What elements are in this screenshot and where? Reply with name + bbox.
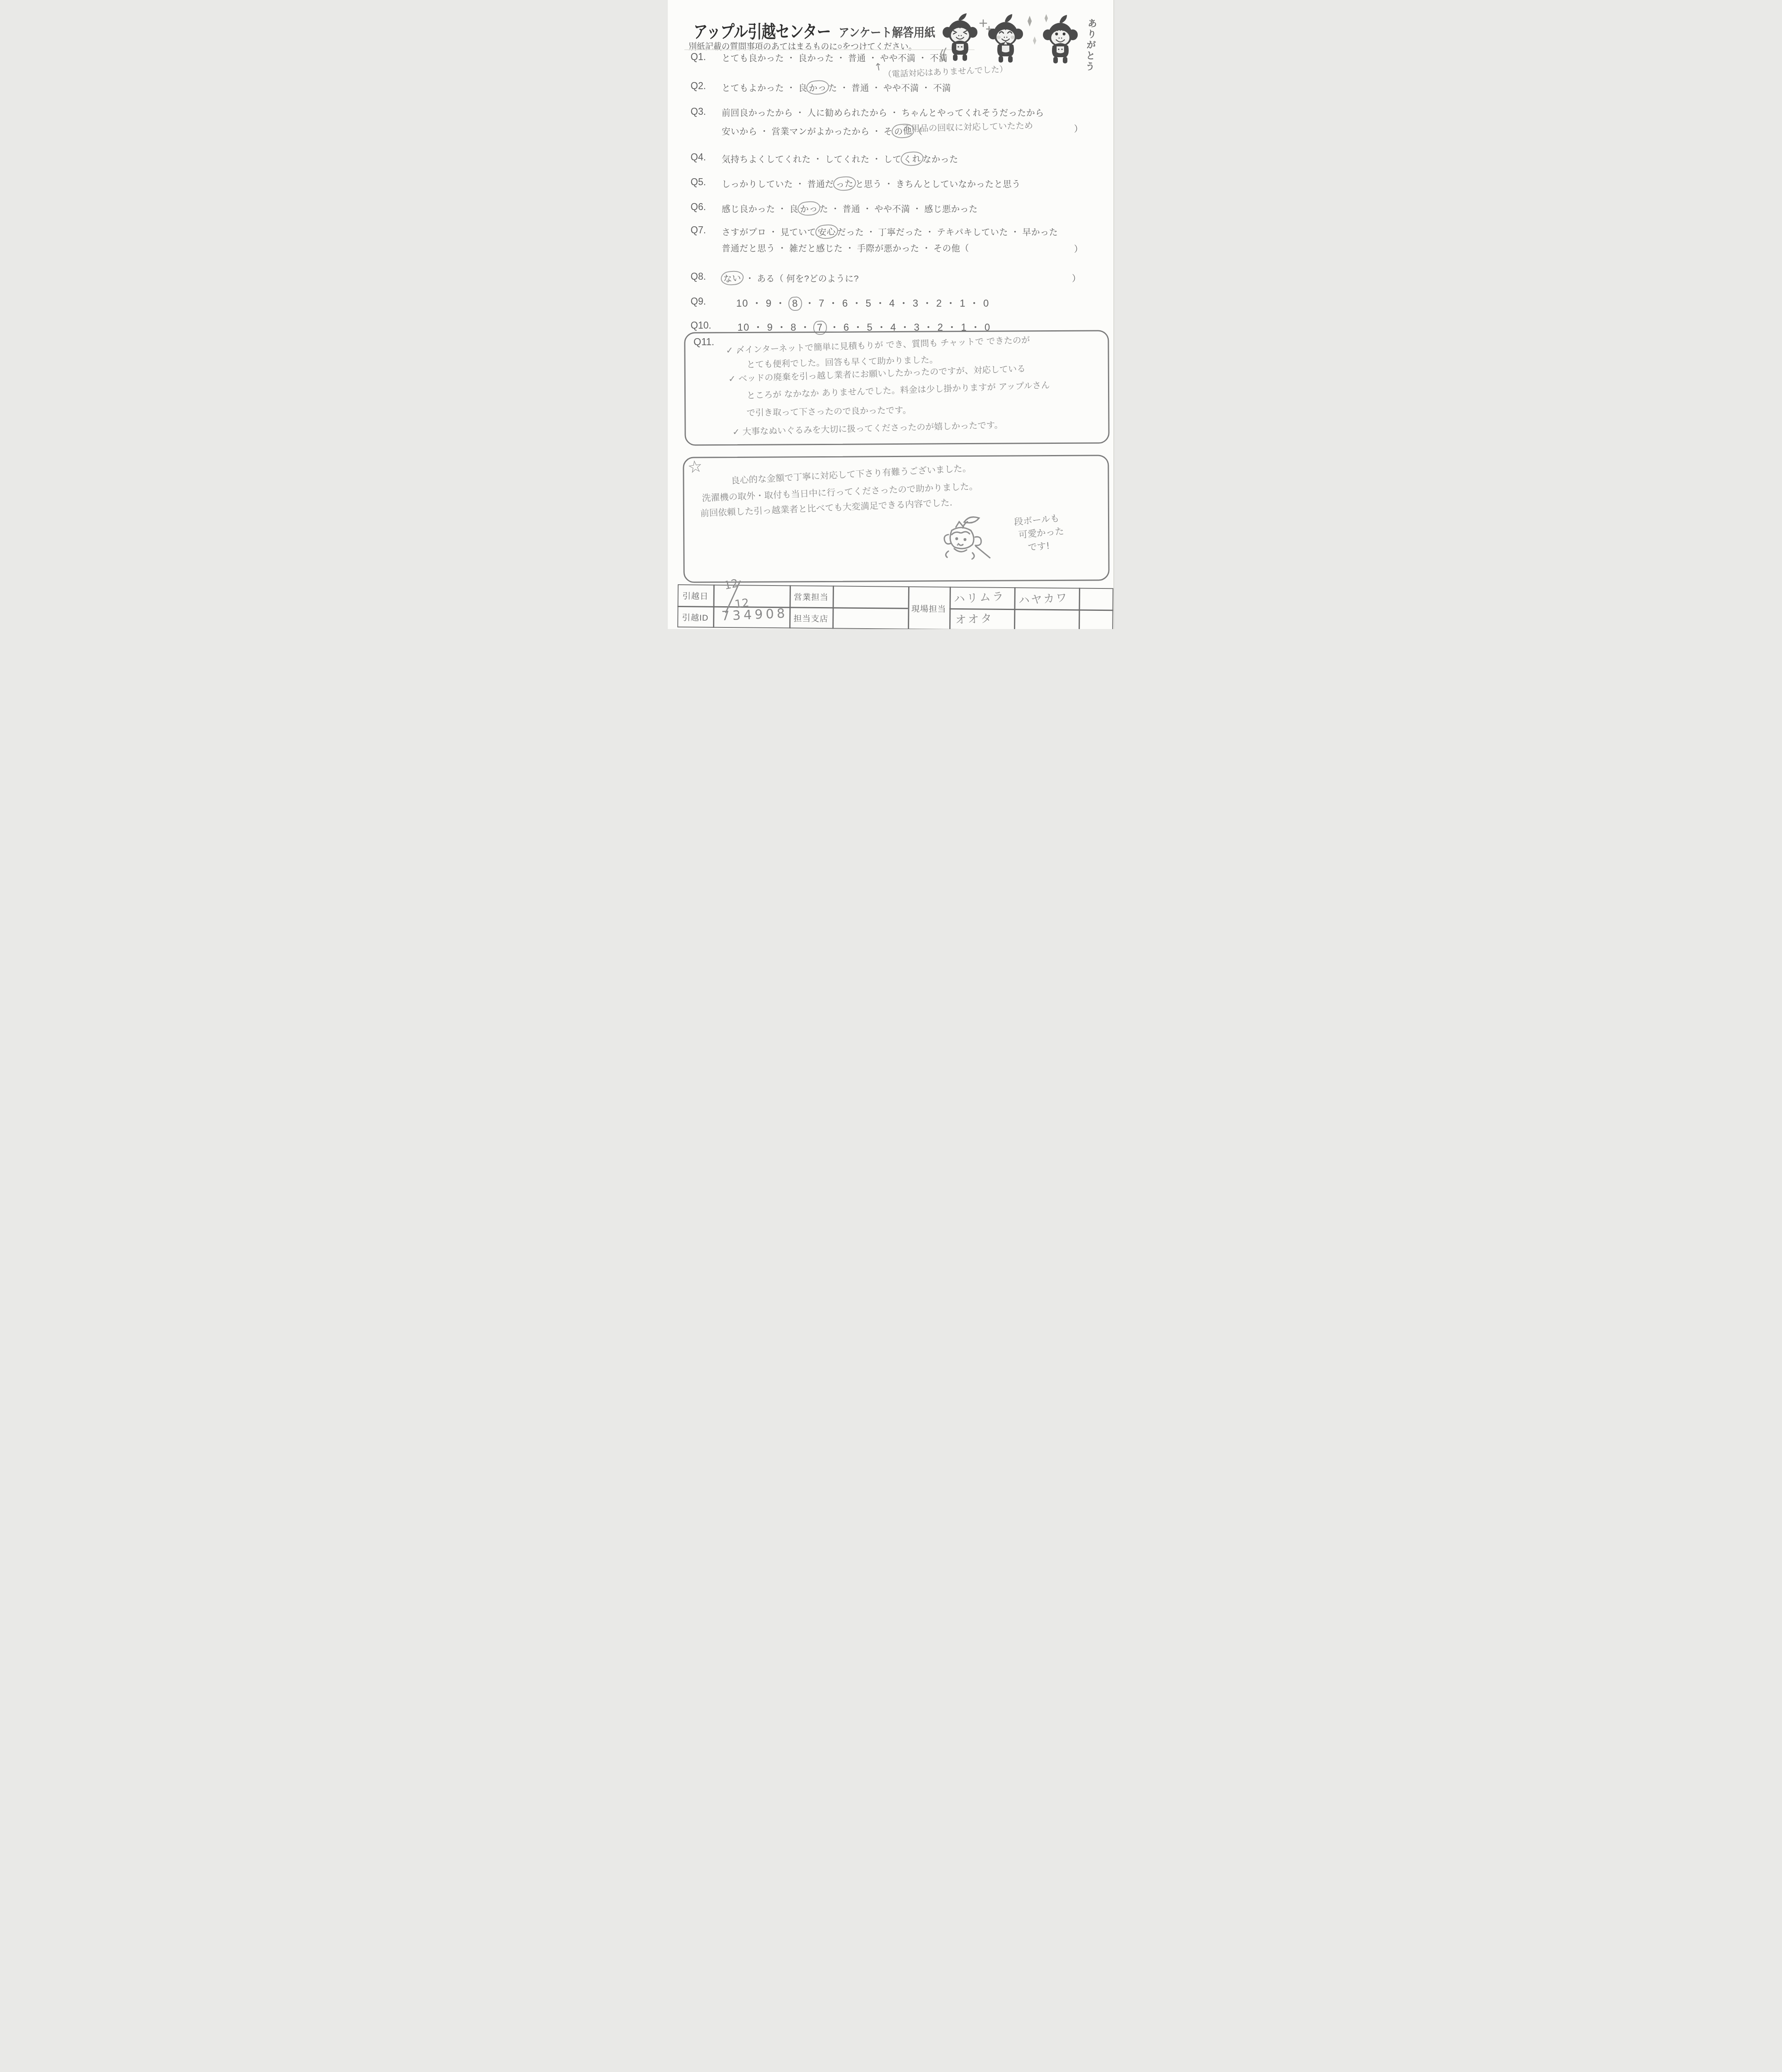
option-segment: 安いから: [722, 127, 757, 136]
option-segment: ・: [887, 108, 902, 118]
q5-options: しっかりしていた ・ 普通だったと思う ・ きちんとしていなかったと思う: [722, 177, 1021, 191]
option-segment: 感じ悪かった: [924, 204, 978, 214]
option-segment: 丁寧だった: [878, 228, 923, 237]
q7-options-line2: 普通だと思う ・ 雑だと感じた ・ 手際が悪かった ・ その他（: [722, 242, 969, 254]
option-segment: ・: [743, 274, 757, 283]
q8-close-paren: ）: [1072, 272, 1081, 284]
q6-options: 感じ良かった ・ 良かった ・ 普通 ・ やや不満 ・ 感じ悪かった: [722, 201, 978, 215]
monkey-1-icon: [943, 13, 977, 61]
option-segment: 1: [960, 298, 966, 309]
option-segment: ・: [919, 83, 933, 93]
option-segment: た: [819, 204, 829, 214]
circled-answer: かっ: [806, 80, 829, 95]
option-segment: ・: [910, 204, 924, 214]
q10-label: Q10.: [691, 320, 711, 331]
option-segment: 営業マンがよかったから: [771, 127, 870, 136]
option-segment: さすがプロ: [722, 228, 766, 237]
option-segment: やや不満: [880, 53, 916, 63]
site-staff-name: オオタ: [955, 609, 994, 627]
option-segment: ・: [784, 53, 798, 63]
option-segment: 4: [889, 298, 895, 309]
option-segment: ・: [849, 298, 866, 309]
option-segment: ・: [793, 179, 807, 189]
option-segment: ・: [872, 298, 889, 309]
option-segment: ちゃんとやってくれそうだったから: [902, 108, 1044, 118]
option-segment: 気持ちよくしてくれた: [722, 155, 811, 164]
q2-label: Q2.: [691, 80, 706, 92]
option-segment: 普通: [842, 204, 860, 214]
monkey-doodle-icon: [939, 513, 1012, 569]
monkey-3-icon: [1043, 15, 1078, 63]
option-segment: ・: [837, 83, 851, 93]
option-segment: 人に勧められたから: [807, 108, 887, 118]
circled-answer: った: [833, 176, 856, 191]
circled-answer: かっ: [797, 201, 821, 216]
doodle-note: 段ボールも 可愛かった です!: [1013, 512, 1066, 556]
star-mark: ☆: [686, 457, 704, 478]
q1-handwritten-note: （電話対応はありませんでした）: [883, 62, 1008, 80]
q2-options: とてもよかった ・ 良かった ・ 普通 ・ やや不満 ・ 不満: [722, 80, 951, 94]
option-segment: ・: [828, 204, 842, 214]
site-staff-name: ハリムラ: [953, 587, 1006, 606]
q5-label: Q5.: [691, 177, 706, 188]
q4-options: 気持ちよくしてくれた ・ してくれた ・ してくれなかった: [722, 152, 958, 166]
sparkle-plus-icon: [980, 20, 992, 31]
monkey-doodle: [939, 513, 1012, 569]
questionnaire-page: アップル引越センター アンケート解答用紙 別紙記載の質問事項のあてはまるものに○…: [668, 0, 1114, 629]
circled-answer: 安心: [815, 224, 839, 240]
q6-label: Q6.: [691, 201, 706, 213]
option-segment: ・: [870, 127, 884, 136]
option-segment: と思う: [855, 179, 882, 189]
option-segment: ・: [860, 204, 874, 214]
branch-label: 担当支店: [789, 607, 832, 629]
site-staff-label: 現場担当: [908, 586, 950, 629]
option-segment: 前回良かったから: [722, 108, 793, 118]
option-segment: ・: [801, 298, 819, 309]
option-segment: 5: [866, 298, 872, 309]
q3-options-line2: 安いから ・ 営業マンがよかったから ・ その他（: [722, 124, 923, 138]
move-date-label: 引越日: [678, 584, 713, 606]
option-segment: 感じ良かった: [722, 204, 775, 214]
sales-staff-label: 営業担当: [790, 585, 833, 607]
option-segment: ・: [942, 298, 960, 309]
option-segment: やや不満: [875, 204, 910, 214]
option-segment: とても良かった: [722, 53, 784, 63]
site-staff-name: ハヤカワ: [1018, 588, 1069, 608]
q1-label: Q1.: [691, 51, 706, 63]
q9-label: Q9.: [691, 296, 706, 307]
option-segment: その他（: [933, 244, 969, 253]
option-segment: ある（ 何を?どのように?: [757, 274, 859, 283]
option-segment: 普通だと思う: [722, 244, 775, 253]
option-segment: なかった: [923, 155, 958, 164]
option-segment: ・: [775, 204, 789, 214]
option-segment: ・: [882, 179, 896, 189]
option-segment: ・: [793, 108, 807, 118]
option-segment: ・: [772, 298, 789, 309]
option-segment: 手際が悪かった: [857, 244, 919, 253]
option-segment: テキパキしていた: [937, 228, 1008, 237]
circled-answer: ない: [720, 270, 744, 286]
option-segment: きちんとしていなかったと思う: [896, 179, 1021, 189]
option-segment: 普通: [851, 83, 869, 93]
option-segment: 2: [936, 298, 942, 309]
instruction-text: 別紙記載の質問事項のあてはまるものに○をつけてください。: [689, 40, 917, 52]
option-segment: とてもよかった: [722, 83, 784, 93]
option-segment: だった: [837, 228, 864, 237]
page-subtitle: アンケート解答用紙: [839, 24, 935, 41]
move-id-value: 734908: [721, 606, 788, 624]
option-segment: 0: [983, 298, 989, 309]
option-segment: 見ていて: [781, 228, 816, 237]
option-segment: してくれた: [825, 155, 870, 164]
q8-label: Q8.: [691, 271, 706, 282]
q9-scale: 10 ・ 9 ・ 8 ・ 7 ・ 6 ・ 5 ・ 4 ・ 3 ・ 2 ・ 1 ・…: [736, 295, 989, 311]
sparkle-diamond-icon: [1028, 16, 1032, 27]
option-segment: ・: [870, 155, 884, 164]
option-segment: 良かった: [798, 53, 834, 63]
option-segment: ・: [843, 244, 857, 253]
option-segment: ・: [923, 228, 937, 237]
option-segment: ・: [919, 244, 933, 253]
option-segment: ・: [784, 83, 798, 93]
option-segment: 6: [842, 298, 849, 309]
option-segment: 7: [819, 298, 825, 309]
q3-label: Q3.: [691, 106, 706, 117]
option-segment: ・: [864, 228, 878, 237]
option-segment: ・: [916, 53, 930, 63]
option-segment: ・: [825, 298, 842, 309]
option-segment: ・: [1008, 228, 1022, 237]
option-segment: ・: [749, 298, 766, 309]
option-segment: 良: [798, 83, 807, 93]
option-segment: ・: [869, 83, 883, 93]
option-segment: しっかりしていた: [722, 179, 793, 189]
q1-options: とても良かった ・ 良かった ・ 普通 ・ やや不満 ・ 不満: [722, 51, 948, 64]
q11-label: Q11.: [693, 336, 714, 348]
option-segment: 9: [766, 298, 772, 309]
option-segment: ・: [895, 298, 913, 309]
option-segment: た: [828, 83, 837, 93]
option-segment: やや不満: [883, 83, 919, 93]
option-segment: ・: [919, 298, 936, 309]
move-id-label: 引越ID: [677, 606, 713, 628]
option-segment: ・: [834, 53, 848, 63]
page-title: アップル引越センター: [693, 18, 831, 43]
option-segment: 普通だ: [807, 179, 834, 189]
option-segment: 普通: [848, 53, 866, 63]
option-segment: 不満: [930, 53, 948, 63]
option-segment: ・: [775, 244, 789, 253]
footer-table: 引越日 引越ID 営業担当 担当支店 現場担当 12 12 734908 ハリム…: [677, 584, 1113, 629]
circled-answer: くれ: [900, 151, 924, 167]
option-segment: 不満: [933, 83, 951, 93]
q4-label: Q4.: [691, 152, 706, 163]
q7-close-paren: ）: [1074, 242, 1083, 255]
option-segment: 良: [789, 204, 798, 214]
sparkle-diamond-icon: [1045, 14, 1048, 22]
option-segment: して: [884, 155, 902, 164]
sparkle-diamond-icon: [1033, 36, 1036, 45]
option-segment: 雑だと感じた: [789, 244, 843, 253]
option-segment: ・: [757, 127, 771, 136]
q8-options: ない ・ ある（ 何を?どのように?: [722, 271, 859, 285]
q3-options-line1: 前回良かったから ・ 人に勧められたから ・ ちゃんとやってくれそうだったから: [722, 106, 1044, 119]
option-segment: 早かった: [1022, 228, 1058, 237]
option-segment: 3: [913, 298, 919, 309]
monkey-2-icon: [988, 14, 1023, 63]
scan-artifact-line: [684, 49, 975, 50]
option-segment: ・: [766, 228, 781, 237]
option-segment: 10: [736, 298, 749, 309]
q7-label: Q7.: [691, 225, 706, 236]
q3-handwritten-answer: 不用品の回収に対応していたため: [902, 119, 1033, 135]
q7-options-line1: さすがプロ ・ 見ていて安心だった ・ 丁寧だった ・ テキパキしていた ・ 早…: [722, 225, 1058, 239]
circled-answer: 8: [788, 296, 803, 311]
q3-close-paren: ）: [1074, 122, 1083, 135]
option-segment: ・: [811, 155, 825, 164]
option-segment: ・: [966, 298, 983, 309]
